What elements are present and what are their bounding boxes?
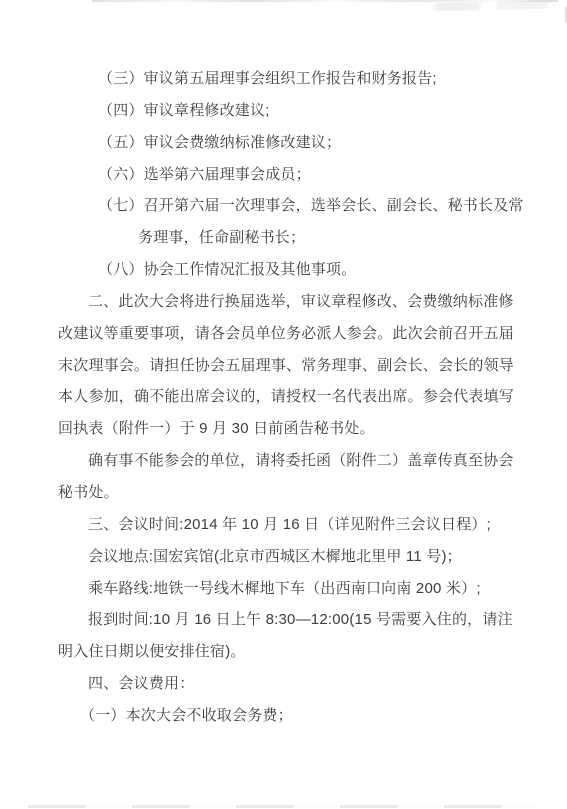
document-line: 乘车路线:地铁一号线木樨地下车（出西南口向南 200 米）; <box>58 573 516 605</box>
document-line: （八）协会工作情况汇报及其他事项。 <box>58 254 516 286</box>
document-line: 报到时间:10 月 16 日上午 8:30—12:00(15 号需要入住的，请注 <box>58 604 516 636</box>
document-line: 改建议等重要事项，请各会员单位务必派人参会。此次会前召开五届 <box>58 318 516 350</box>
document-line: （一）本次大会不收取会务费； <box>58 700 516 732</box>
document-line: （四）审议章程修改建议; <box>58 95 516 127</box>
document-line: 二、此次大会将进行换届选举，审议章程修改、会费缴纳标准修 <box>58 286 516 318</box>
document-line: 确有事不能参会的单位，请将委托函（附件二）盖章传真至协会 <box>58 445 516 477</box>
document-line: （五）审议会费缴纳标准修改建议； <box>58 127 516 159</box>
document-line: 明入住日期以便安排住宿)。 <box>58 636 516 668</box>
document-line: （六）选举第六届理事会成员； <box>58 159 516 191</box>
document-line: 末次理事会。请担任协会五届理事、常务理事、副会长、会长的领导 <box>58 350 516 382</box>
document-line: 秘书处。 <box>58 477 516 509</box>
document-page: （三）审议第五届理事会组织工作报告和财务报告;（四）审议章程修改建议;（五）审议… <box>0 0 567 809</box>
document-line: 务理事，任命副秘书长； <box>58 222 516 254</box>
scan-artifact-bottom <box>28 805 540 808</box>
document-line: 本人参加，确不能出席会议的，请授权一名代表出席。参会代表填写 <box>58 381 516 413</box>
document-line: 三、会议时间:2014 年 10 月 16 日（详见附件三会议日程）; <box>58 509 516 541</box>
document-body: （三）审议第五届理事会组织工作报告和财务报告;（四）审议章程修改建议;（五）审议… <box>58 63 516 732</box>
document-line: 会议地点:国宏宾馆(北京市西城区木樨地北里甲 11 号)； <box>58 541 516 573</box>
document-line: （七）召开第六届一次理事会，选举会长、副会长、秘书长及常 <box>58 190 516 222</box>
scan-artifact-top-right <box>421 1 561 12</box>
document-line: 四、会议费用： <box>58 668 516 700</box>
document-line: 回执表（附件一）于 9 月 30 日前函告秘书处。 <box>58 413 516 445</box>
document-line: （三）审议第五届理事会组织工作报告和财务报告; <box>58 63 516 95</box>
